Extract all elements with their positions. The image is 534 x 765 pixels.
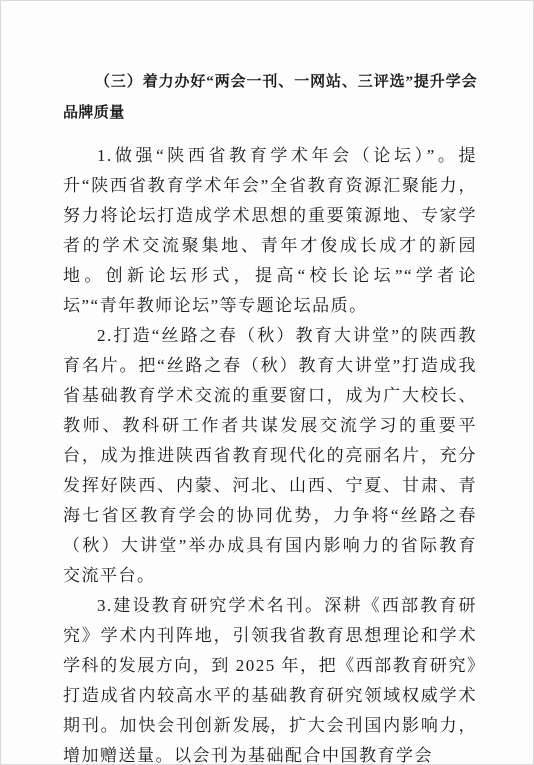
page-footer: 7 xyxy=(1,720,533,738)
section-heading: （三）着力办好“两会一刊、一网站、三评选”提升学会品牌质量 xyxy=(63,67,477,129)
paragraph-academic-journal: 3.建设教育研究学术名刊。深耕《西部教育研究》学术内刊阵地，引领我省教育思想理论… xyxy=(63,591,477,765)
paragraph-silkroad-lecture: 2.打造“丝路之春（秋）教育大讲堂”的陕西教育名片。把“丝路之春（秋）教育大讲堂… xyxy=(63,321,477,591)
document-page: （三）着力办好“两会一刊、一网站、三评选”提升学会品牌质量 1.做强“陕西省教育… xyxy=(0,0,534,765)
page-content: （三）着力办好“两会一刊、一网站、三评选”提升学会品牌质量 1.做强“陕西省教育… xyxy=(63,67,477,765)
page-number: 7 xyxy=(265,725,270,736)
paragraph-annual-conference: 1.做强“陕西省教育学术年会（论坛）”。提升“陕西省教育学术年会”全省教育资源汇… xyxy=(63,141,477,321)
